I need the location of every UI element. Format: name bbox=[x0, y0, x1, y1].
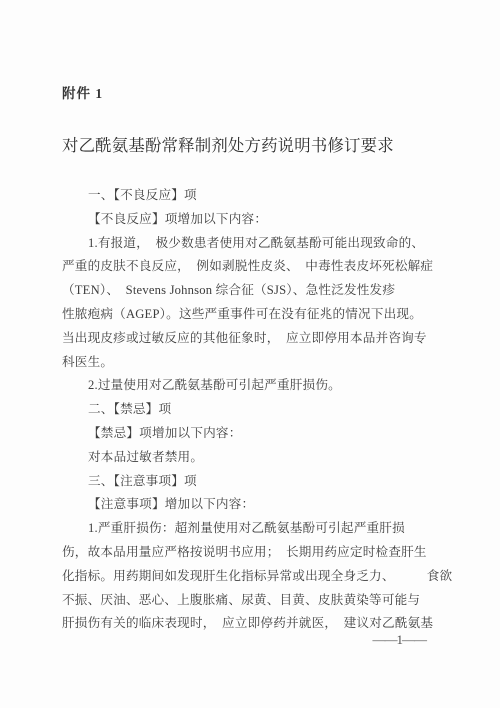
text-line: 2.过量使用对乙酰氨基酚可引起严重肝损伤。 bbox=[62, 374, 438, 398]
text-line: 1.有报道， 极少数患者使用对乙酰氨基酚可能出现致命的、 bbox=[62, 232, 438, 256]
text-line: （TEN）、 Stevens Johnson 综合征（SJS）、急性泛发性发疹 bbox=[62, 279, 438, 303]
text-line-section-2-heading: 二、【禁忌】项 bbox=[62, 398, 438, 422]
document-body: 一、【不良反应】项 【不良反应】项增加以下内容： 1.有报道， 极少数患者使用对… bbox=[62, 184, 438, 636]
text-line: 【禁忌】项增加以下内容： bbox=[62, 422, 438, 446]
text-line: 【注意事项】增加以下内容： bbox=[62, 493, 438, 517]
text-line-section-1-heading: 一、【不良反应】项 bbox=[62, 184, 438, 208]
text-line: 当出现皮疹或过敏反应的其他征象时， 应立即停用本品并咨询专 bbox=[62, 327, 438, 351]
text-line: 伤，故本品用量应严格按说明书应用； 长期用药应定时检查肝生 bbox=[62, 541, 438, 565]
text-line: 化指标。用药期间如发现肝生化指标异常或出现全身乏力、 食欲 bbox=[62, 565, 438, 589]
text-line: 严重的皮肤不良反应， 例如剥脱性皮炎、 中毒性表皮坏死松解症 bbox=[62, 255, 438, 279]
text-line: 【不良反应】项增加以下内容： bbox=[62, 208, 438, 232]
text-line: 1.严重肝损伤：超剂量使用对乙酰氨基酚可引起严重肝损 bbox=[62, 517, 438, 541]
page-number: ——1—— bbox=[373, 631, 427, 649]
attachment-label: 附件 1 bbox=[62, 82, 103, 102]
text-line: 不振、厌油、恶心、上腹胀痛、尿黄、目黄、皮肤黄染等可能与 bbox=[62, 589, 438, 613]
text-line: 对本品过敏者禁用。 bbox=[62, 446, 438, 470]
text-line: 科医生。 bbox=[62, 351, 438, 375]
document-title: 对乙酰氨基酚常释制剂处方药说明书修订要求 bbox=[62, 134, 438, 158]
text-line-section-3-heading: 三、【注意事项】项 bbox=[62, 470, 438, 494]
document-page: 附件 1 对乙酰氨基酚常释制剂处方药说明书修订要求 一、【不良反应】项 【不良反… bbox=[0, 0, 500, 708]
text-line: 性脓疱病（AGEP）。这些严重事件可在没有征兆的情况下出现。 bbox=[62, 303, 438, 327]
